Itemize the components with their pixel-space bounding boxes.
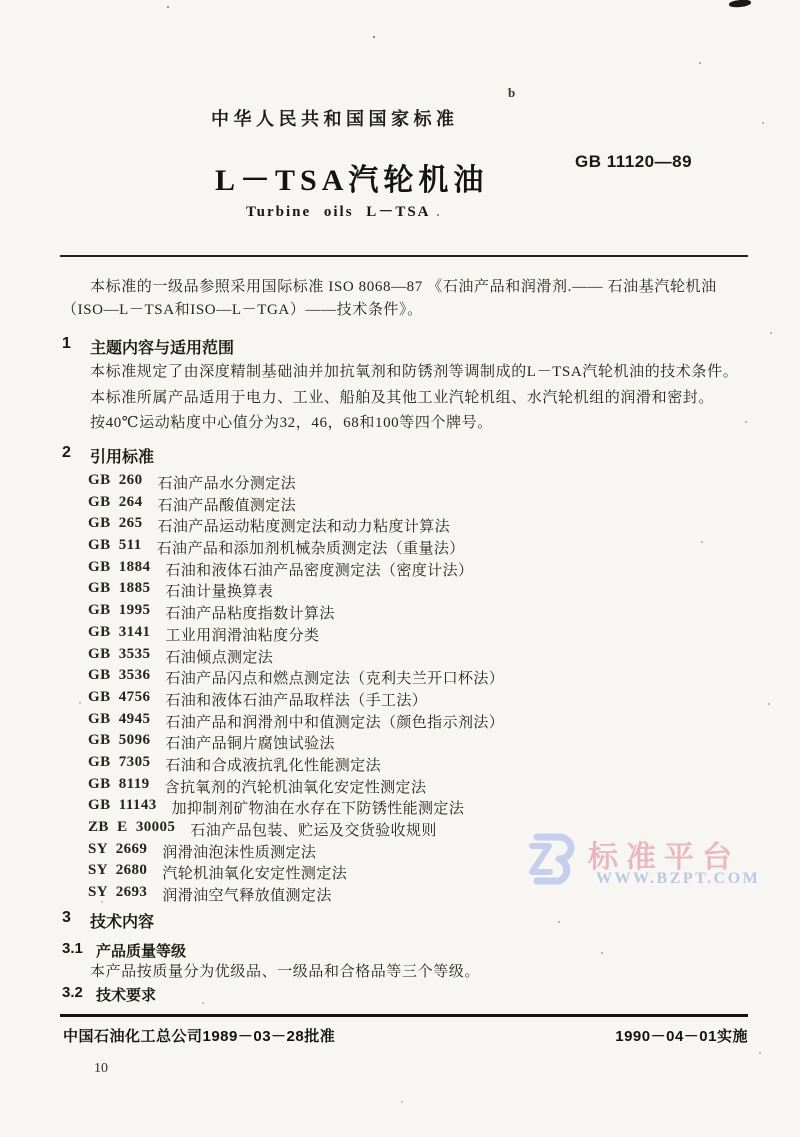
implementation-note: 1990－04－01实施	[615, 1025, 748, 1046]
watermark-site-url: WWW.BZPT.COM	[596, 870, 760, 888]
header-divider	[60, 255, 748, 257]
standard-name: 工业用润滑油粘度分类	[165, 624, 319, 646]
standard-name: 石油产品和添加剂机械杂质测定法（重量法）	[157, 537, 465, 559]
standard-reference-row: GB 4756石油和液体石油产品取样法（手工法）	[88, 689, 728, 711]
standard-name: 石油产品铜片腐蚀试验法	[165, 732, 334, 754]
standard-code: SY 2680	[88, 862, 147, 884]
bzpt-logo-icon	[521, 832, 583, 891]
standard-reference-row: GB 511石油产品和添加剂机械杂质测定法（重量法）	[88, 537, 728, 559]
section-3-heading: 3 技术内容	[62, 909, 154, 932]
standard-code: SY 2693	[88, 884, 147, 906]
section-title: 技术要求	[96, 984, 156, 1005]
standard-number: GB 11120—89	[575, 152, 692, 172]
standard-name: 石油产品酸值测定法	[157, 494, 296, 516]
standard-reference-row: GB 1885石油计量换算表	[88, 580, 728, 602]
section-1-line: 本标准规定了由深度精制基础油并加抗氧剂和防锈剂等调制成的L－TSA汽轮机油的技术…	[90, 360, 770, 386]
standard-reference-row: GB 8119含抗氧剂的汽轮机油氧化安定性测定法	[88, 776, 728, 798]
section-number: 2	[62, 444, 90, 467]
section-title: 主题内容与适用范围	[90, 335, 234, 358]
section-number: 3.1	[62, 940, 96, 961]
standard-name: 石油产品运动粘度测定法和动力粘度计算法	[157, 515, 450, 537]
standard-name: 润滑油空气释放值测定法	[162, 884, 331, 906]
scan-smudge-artifact	[729, 0, 752, 8]
standard-code: ZB E 30005	[88, 819, 175, 841]
section-title: 引用标准	[90, 444, 154, 467]
section-3-1-heading: 3.1 产品质量等级	[62, 940, 186, 961]
standard-reference-row: GB 7305石油和合成液抗乳化性能测定法	[88, 754, 728, 776]
page-number: 10	[94, 1061, 108, 1077]
standard-name: 石油和液体石油产品密度测定法（密度计法）	[165, 559, 473, 581]
standard-name: 石油产品粘度指数计算法	[165, 602, 334, 624]
standard-name: 石油倾点测定法	[165, 646, 273, 668]
section-title: 产品质量等级	[96, 940, 186, 961]
standard-name: 加抑制剂矿物油在水存在下防锈性能测定法	[172, 797, 465, 819]
standard-reference-row: GB 1884石油和液体石油产品密度测定法（密度计法）	[88, 559, 728, 581]
standard-name: 石油产品水分测定法	[157, 472, 296, 494]
section-number: 3	[62, 909, 90, 932]
scan-glyph-artifact: b	[508, 85, 515, 101]
section-1-line: 按40℃运动粘度中心值分为32，46，68和100等四个牌号。	[90, 411, 770, 437]
scan-specks	[0, 0, 2, 2]
standard-code: GB 3141	[88, 624, 150, 646]
standard-code: SY 2669	[88, 841, 147, 863]
standard-name: 润滑油泡沫性质测定法	[162, 841, 316, 863]
page-title: L－TSA汽轮机油	[215, 155, 488, 199]
standard-reference-row: GB 260石油产品水分测定法	[88, 472, 728, 494]
standard-code: GB 1884	[88, 559, 150, 581]
standard-code: GB 265	[88, 515, 142, 537]
section-number: 3.2	[62, 984, 96, 1005]
section-2-heading: 2 引用标准	[62, 444, 154, 467]
foreword-line: 本标准的一级品参照采用国际标准 ISO 8068—87 《石油产品和润滑剂.——…	[90, 276, 752, 299]
standard-code: GB 3536	[88, 667, 150, 689]
standard-reference-row: GB 11143加抑制剂矿物油在水存在下防锈性能测定法	[88, 797, 728, 819]
standard-code: GB 8119	[88, 776, 150, 798]
standard-reference-row: GB 265石油产品运动粘度测定法和动力粘度计算法	[88, 515, 728, 537]
footer-divider	[60, 1014, 748, 1017]
foreword-paragraph: 本标准的一级品参照采用国际标准 ISO 8068—87 《石油产品和润滑剂.——…	[62, 276, 752, 322]
section-1-paragraph: 本标准规定了由深度精制基础油并加抗氧剂和防锈剂等调制成的L－TSA汽轮机油的技术…	[90, 360, 770, 437]
standard-reference-row: GB 3536石油产品闪点和燃点测定法（克利夫兰开口杯法）	[88, 667, 728, 689]
standard-name: 石油和液体石油产品取样法（手工法）	[165, 689, 427, 711]
standard-name: 石油产品闪点和燃点测定法（克利夫兰开口杯法）	[165, 667, 504, 689]
standard-name: 汽轮机油氧化安定性测定法	[162, 862, 347, 884]
standard-code: GB 3535	[88, 646, 150, 668]
standard-name: 含抗氧剂的汽轮机油氧化安定性测定法	[165, 776, 427, 798]
standard-code: GB 7305	[88, 754, 150, 776]
page-title-english: Turbine oils L－TSA	[246, 200, 431, 221]
section-1-heading: 1 主题内容与适用范围	[62, 335, 234, 358]
standard-label: 中华人民共和国国家标准	[211, 105, 459, 131]
section-title: 技术内容	[90, 909, 154, 932]
standard-reference-row: GB 264石油产品酸值测定法	[88, 494, 728, 516]
standard-code: GB 511	[88, 537, 142, 559]
standard-name: 石油产品包装、贮运及交货验收规则	[190, 819, 436, 841]
section-3-1-text: 本产品按质量分为优级品、一级品和合格品等三个等级。	[90, 960, 480, 981]
standard-code: GB 5096	[88, 732, 150, 754]
foreword-line: （ISO—L－TSA和ISO—L－TGA）——技术条件》。	[62, 299, 752, 322]
standard-code: GB 4756	[88, 689, 150, 711]
standard-code: GB 1885	[88, 580, 150, 602]
section-3-2-heading: 3.2 技术要求	[62, 984, 156, 1005]
standard-code: GB 1995	[88, 602, 150, 624]
standard-name: 石油和合成液抗乳化性能测定法	[165, 754, 381, 776]
section-1-line: 本标准所属产品适用于电力、工业、船舶及其他工业汽轮机组、水汽轮机组的润滑和密封。	[90, 386, 770, 412]
approval-note: 中国石油化工总公司1989－03－28批准	[63, 1025, 335, 1046]
standard-reference-row: GB 3535石油倾点测定法	[88, 646, 728, 668]
footer: 中国石油化工总公司1989－03－28批准 1990－04－01实施	[63, 1025, 748, 1046]
standard-name: 石油产品和润滑剂中和值测定法（颜色指示剂法）	[165, 711, 504, 733]
standard-reference-row: GB 1995石油产品粘度指数计算法	[88, 602, 728, 624]
standard-name: 石油计量换算表	[165, 580, 273, 602]
standard-code: GB 260	[88, 472, 142, 494]
standard-reference-row: GB 5096石油产品铜片腐蚀试验法	[88, 732, 728, 754]
section-number: 1	[62, 335, 90, 358]
standard-reference-row: GB 3141工业用润滑油粘度分类	[88, 624, 728, 646]
standard-reference-row: GB 4945石油产品和润滑剂中和值测定法（颜色指示剂法）	[88, 711, 728, 733]
standard-code: GB 264	[88, 494, 142, 516]
standard-code: GB 11143	[88, 797, 157, 819]
standard-code: GB 4945	[88, 711, 150, 733]
